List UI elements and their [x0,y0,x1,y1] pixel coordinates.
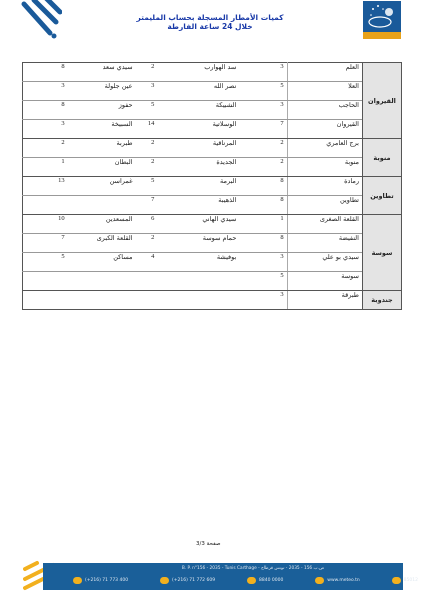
rain-value [23,196,68,215]
table-row: سوسة 5 [23,272,402,291]
station-name: بوفيشة [157,253,239,272]
station-name: السبيخة [68,120,136,139]
station-name [68,196,136,215]
station-name: القلعة الكبرى [68,234,136,253]
fax-icon [160,577,169,584]
station-name: سيدي بو علي [287,253,362,272]
station-name: البطان [68,158,136,177]
station-name: النفيضة [287,234,362,253]
rain-value [136,272,158,291]
station-name: الشبيكة [157,101,239,120]
rain-value [136,291,158,310]
station-name: برج العامري [287,139,362,158]
rain-value: 2 [239,158,287,177]
website-link[interactable]: www.meteo.tn [327,578,359,583]
station-name: نصر الله [157,82,239,101]
fax-text: (+216) 71 772 609 [172,578,215,583]
table-row: تطاوين رمادة 8 البرمة 5 غمراسن 13 [23,177,402,196]
rain-value [23,291,68,310]
rain-value: 1 [23,158,68,177]
meteo-emblem-icon [363,1,401,39]
rain-value: 8 [23,101,68,120]
table-row: منوبة 2 الجديدة 2 البطان 1 [23,158,402,177]
station-name [157,291,239,310]
page-header: كميات الأمطار المسجلة بحساب المليمتر خلا… [0,0,424,45]
rain-value: 2 [136,234,158,253]
globe-icon [315,577,324,584]
code-text: 85012 [404,578,418,583]
rain-value: 3 [136,82,158,101]
rain-value: 3 [239,291,287,310]
phone-text: (+216) 71 773 400 [85,578,128,583]
station-name: سيدي سعد [68,63,136,82]
rain-value: 8 [239,177,287,196]
page-number: صفحة 3/3 [196,541,221,547]
table-row: العلا 5 نصر الله 3 عين جلولة 3 [23,82,402,101]
station-name: الوسلاتية [157,120,239,139]
rain-value: 2 [136,63,158,82]
governorate-cell: منوبة [362,139,401,177]
sms-icon [392,577,401,584]
footer-address: B. P. n°156 - 2035 - Tunis Carthage - ص.… [123,566,383,571]
table-row: سوسة القلعة الصغرى 1 سيدي الهاني 6 المسع… [23,215,402,234]
station-name [68,291,136,310]
station-name: العلا [287,82,362,101]
rain-value: 8 [239,196,287,215]
rain-value [23,272,68,291]
rain-value: 14 [136,120,158,139]
station-name: العلم [287,63,362,82]
phone-icon [73,577,82,584]
rain-value: 7 [23,234,68,253]
station-name: سد الهوارب [157,63,239,82]
station-name: طبرقة [287,291,362,310]
station-name: عين جلولة [68,82,136,101]
station-name: طبربة [68,139,136,158]
governorate-cell: سوسة [362,215,401,291]
rain-value: 2 [136,158,158,177]
footer-website: www.meteo.tn [315,577,359,584]
footer-fax: (+216) 71 772 609 [160,577,215,584]
table-row: تطاوين 8 الذهيبة 7 [23,196,402,215]
station-name: الحاجب [287,101,362,120]
governorate-cell: تطاوين [362,177,401,215]
rain-value: 3 [23,120,68,139]
table-row: جندوبة طبرقة 3 [23,291,402,310]
station-name: الذهيبة [157,196,239,215]
rain-value: 5 [239,272,287,291]
rain-value: 6 [136,215,158,234]
hotline-icon [247,577,256,584]
rain-value: 1 [239,215,287,234]
footer-contacts: (+216) 71 773 400 (+216) 71 772 609 8840… [73,577,418,584]
footer-bar: B. P. n°156 - 2035 - Tunis Carthage - ص.… [43,563,403,590]
table-row: سيدي بو علي 3 بوفيشة 4 مساكن 5 [23,253,402,272]
station-name: سيدي الهاني [157,215,239,234]
footer-phone: (+216) 71 773 400 [73,577,128,584]
station-name: القلعة الصغرى [287,215,362,234]
station-name: تطاوين [287,196,362,215]
footer-code: 85012 [392,577,418,584]
document-title: كميات الأمطار المسجلة بحساب المليمتر خلا… [110,13,310,31]
rain-value: 3 [239,63,287,82]
station-name: القيروان [287,120,362,139]
station-name: منوبة [287,158,362,177]
station-name: حمام سوسة [157,234,239,253]
rain-value: 13 [23,177,68,196]
station-name: المسعدين [68,215,136,234]
station-name: سوسة [287,272,362,291]
rain-value: 8 [239,234,287,253]
rain-value: 2 [136,139,158,158]
rain-value: 7 [239,120,287,139]
station-name: مساكن [68,253,136,272]
rain-value: 5 [136,177,158,196]
rain-value: 8 [23,63,68,82]
title-line-2: خلال 24 ساعة الفارطة [110,22,310,31]
table-row: القيروان 7 الوسلاتية 14 السبيخة 3 [23,120,402,139]
station-name: المرناقية [157,139,239,158]
station-name: حفوز [68,101,136,120]
rain-value: 2 [239,139,287,158]
station-name [68,272,136,291]
governorate-cell: القيروان [362,63,401,139]
table-row: النفيضة 8 حمام سوسة 2 القلعة الكبرى 7 [23,234,402,253]
rain-value: 3 [239,101,287,120]
table-row: القيروان العلم 3 سد الهوارب 2 سيدي سعد 8 [23,63,402,82]
station-name: رمادة [287,177,362,196]
table-row: الحاجب 3 الشبيكة 5 حفوز 8 [23,101,402,120]
rain-value: 3 [239,253,287,272]
rain-value: 5 [23,253,68,272]
station-name: الجديدة [157,158,239,177]
rain-value: 5 [239,82,287,101]
table-row: منوبة برج العامري 2 المرناقية 2 طبربة 2 [23,139,402,158]
blue-stripes-logo-icon [20,0,62,40]
rain-value: 3 [23,82,68,101]
hotline-text: 8840 0000 [259,578,283,583]
page-footer: B. P. n°156 - 2035 - Tunis Carthage - ص.… [23,563,403,591]
title-line-1: كميات الأمطار المسجلة بحساب المليمتر [110,13,310,22]
rainfall-table: القيروان العلم 3 سد الهوارب 2 سيدي سعد 8… [22,62,402,310]
rain-value: 2 [23,139,68,158]
station-name [157,272,239,291]
rain-value: 4 [136,253,158,272]
footer-hotline: 8840 0000 [247,577,283,584]
rain-value: 7 [136,196,158,215]
rain-value: 10 [23,215,68,234]
governorate-cell: جندوبة [362,291,401,310]
station-name: غمراسن [68,177,136,196]
station-name: البرمة [157,177,239,196]
rain-value: 5 [136,101,158,120]
